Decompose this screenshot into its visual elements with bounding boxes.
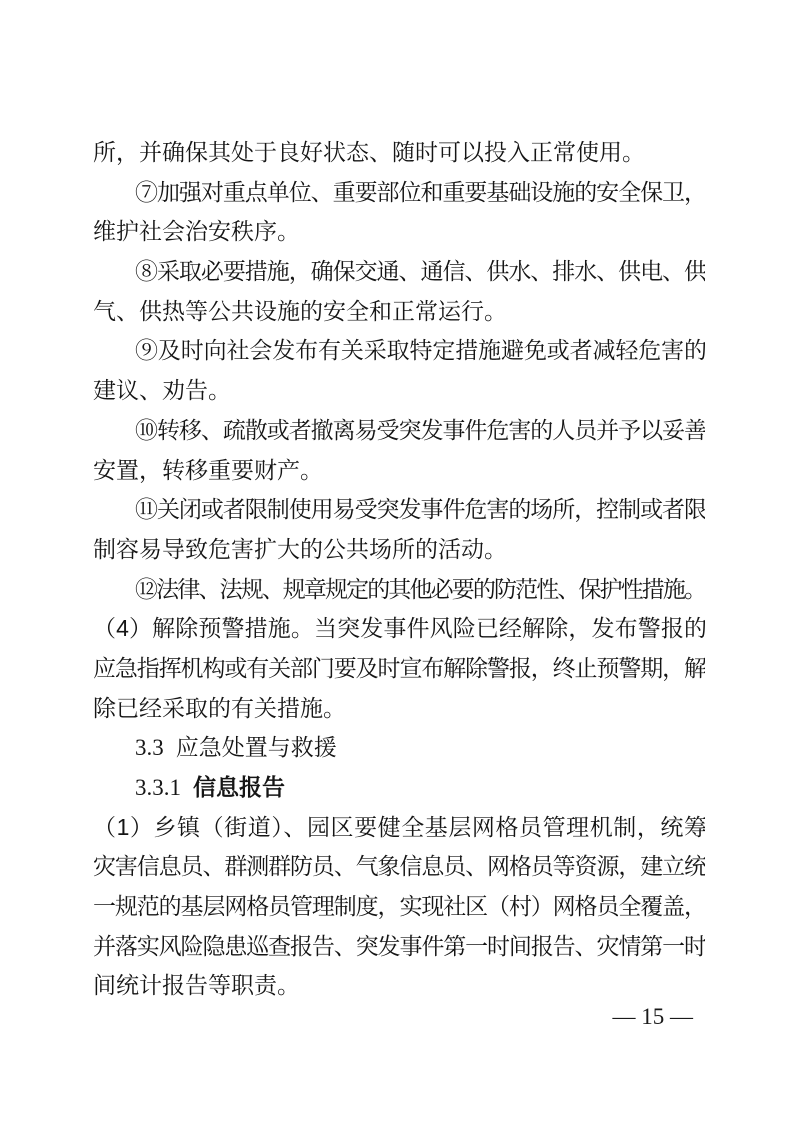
text-line: 建议、劝告。 (93, 371, 705, 411)
subsection-title: 信息报告 (193, 774, 285, 800)
section-title: 应急处置与救援 (176, 735, 337, 760)
subsection-number: 3.3.1 (135, 775, 181, 800)
text-line: ⑩转移、疏散或者撤离易受突发事件危害的人员并予以妥善 (93, 411, 705, 451)
text-line: 一规范的基层网格员管理制度，实现社区（村）网格员全覆盖， (93, 887, 705, 927)
text-line: 并落实风险隐患巡查报告、突发事件第一时间报告、灾情第一时 (93, 927, 705, 967)
text-line: 安置，转移重要财产。 (93, 451, 705, 491)
text-line: ⑪关闭或者限制使用易受突发事件危害的场所，控制或者限 (93, 490, 705, 530)
text-line: 应急指挥机构或有关部门要及时宣布解除警报，终止预警期，解 (93, 649, 705, 689)
section-heading-3-3: 3.3应急处置与救援 (93, 728, 705, 768)
text-line: 维护社会治安秩序。 (93, 212, 705, 252)
text-line: （4）解除预警措施。当突发事件风险已经解除，发布警报的 (93, 609, 705, 649)
text-line: ⑨及时向社会发布有关采取特定措施避免或者减轻危害的 (93, 331, 705, 371)
text-line: 气、供热等公共设施的安全和正常运行。 (93, 292, 705, 332)
text-line: 间统计报告等职责。 (93, 966, 705, 1006)
subsection-heading-3-3-1: 3.3.1信息报告 (93, 768, 705, 808)
text-line: 所，并确保其处于良好状态、随时可以投入正常使用。 (93, 133, 705, 173)
text-line: ⑦加强对重点单位、重要部位和重要基础设施的安全保卫， (93, 173, 705, 213)
text-line: 制容易导致危害扩大的公共场所的活动。 (93, 530, 705, 570)
page-number: — 15 — (93, 1003, 693, 1031)
document-body: 所，并确保其处于良好状态、随时可以投入正常使用。 ⑦加强对重点单位、重要部位和重… (93, 133, 705, 1006)
document-page: 所，并确保其处于良好状态、随时可以投入正常使用。 ⑦加强对重点单位、重要部位和重… (0, 0, 793, 1122)
text-line: 除已经采取的有关措施。 (93, 689, 705, 729)
text-line: （1）乡镇（街道）、园区要健全基层网格员管理机制，统筹 (93, 808, 705, 848)
text-line: ⑧采取必要措施，确保交通、通信、供水、排水、供电、供 (93, 252, 705, 292)
text-line: ⑫法律、法规、规章规定的其他必要的防范性、保护性措施。 (93, 570, 705, 610)
text-line: 灾害信息员、群测群防员、气象信息员、网格员等资源，建立统 (93, 847, 705, 887)
section-number: 3.3 (135, 735, 164, 760)
